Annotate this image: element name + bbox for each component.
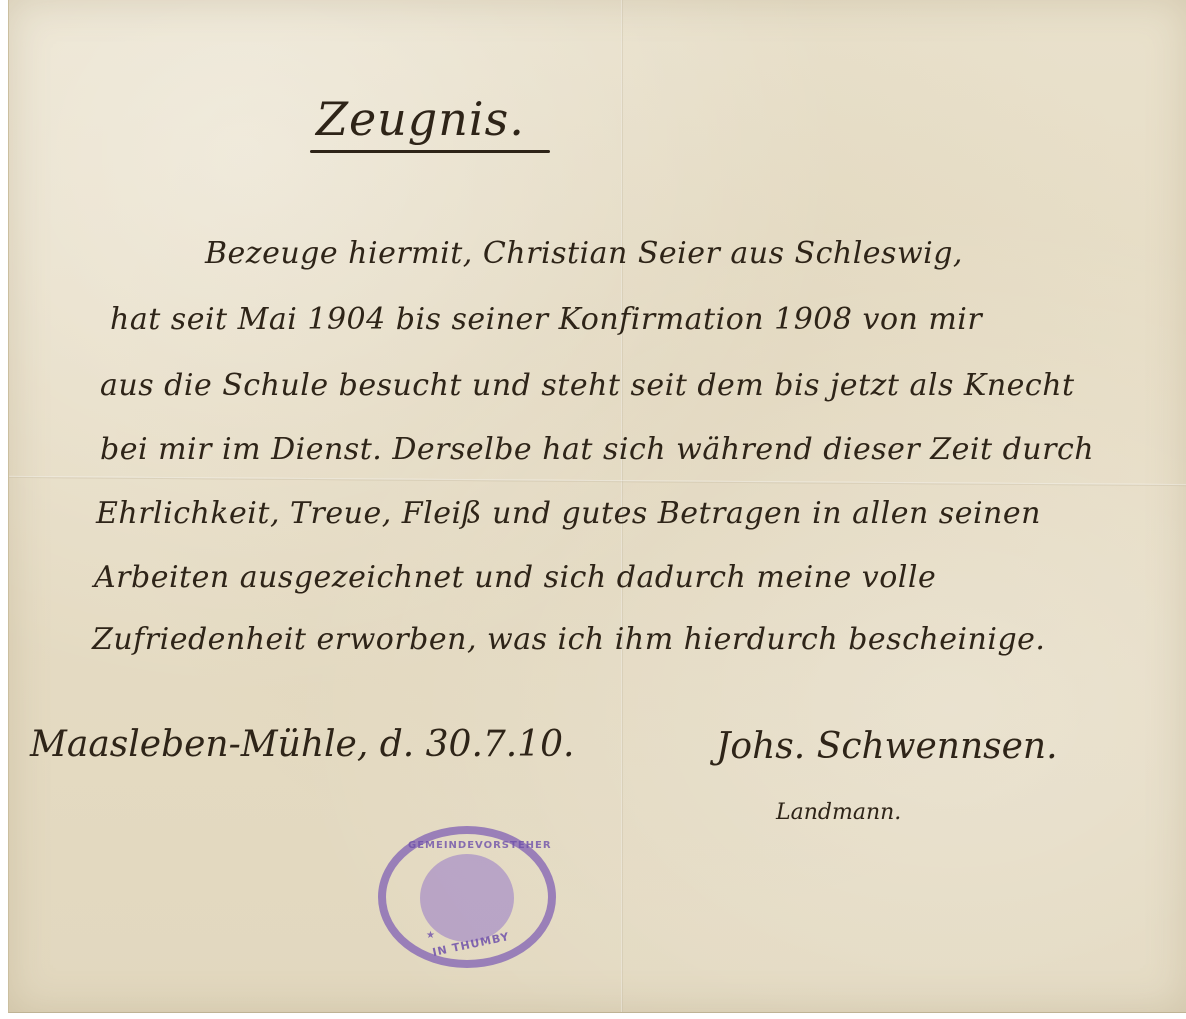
body-line-7: Zufriedenheit erworben, was ich ihm hier… <box>92 622 1045 657</box>
title-underline <box>310 150 550 153</box>
signature: Johs. Schwennsen. <box>716 726 1058 767</box>
body-line-3: aus die Schule besucht und steht seit de… <box>100 368 1075 403</box>
stamp-star-icon: ★ <box>426 930 435 941</box>
body-line-2: hat seit Mai 1904 bis seiner Konfirmatio… <box>110 302 982 337</box>
document-title: Zeugnis. <box>316 92 525 146</box>
place-and-date: Maasleben-Mühle, d. 30.7.10. <box>30 724 575 765</box>
official-stamp: GEMEINDEVORSTEHER ★ IN THUMBY <box>378 826 556 968</box>
horizontal-fold-crease <box>9 476 1186 486</box>
stamp-emblem-icon <box>420 854 514 942</box>
signature-title: Landmann. <box>776 800 901 825</box>
body-line-5: Ehrlichkeit, Treue, Fleiß und gutes Betr… <box>96 496 1041 531</box>
body-line-1: Bezeuge hiermit, Christian Seier aus Sch… <box>205 236 963 271</box>
body-line-6: Arbeiten ausgezeichnet und sich dadurch … <box>94 560 936 595</box>
body-line-4: bei mir im Dienst. Derselbe hat sich wäh… <box>100 432 1094 467</box>
stamp-top-text: GEMEINDEVORSTEHER <box>408 840 528 851</box>
